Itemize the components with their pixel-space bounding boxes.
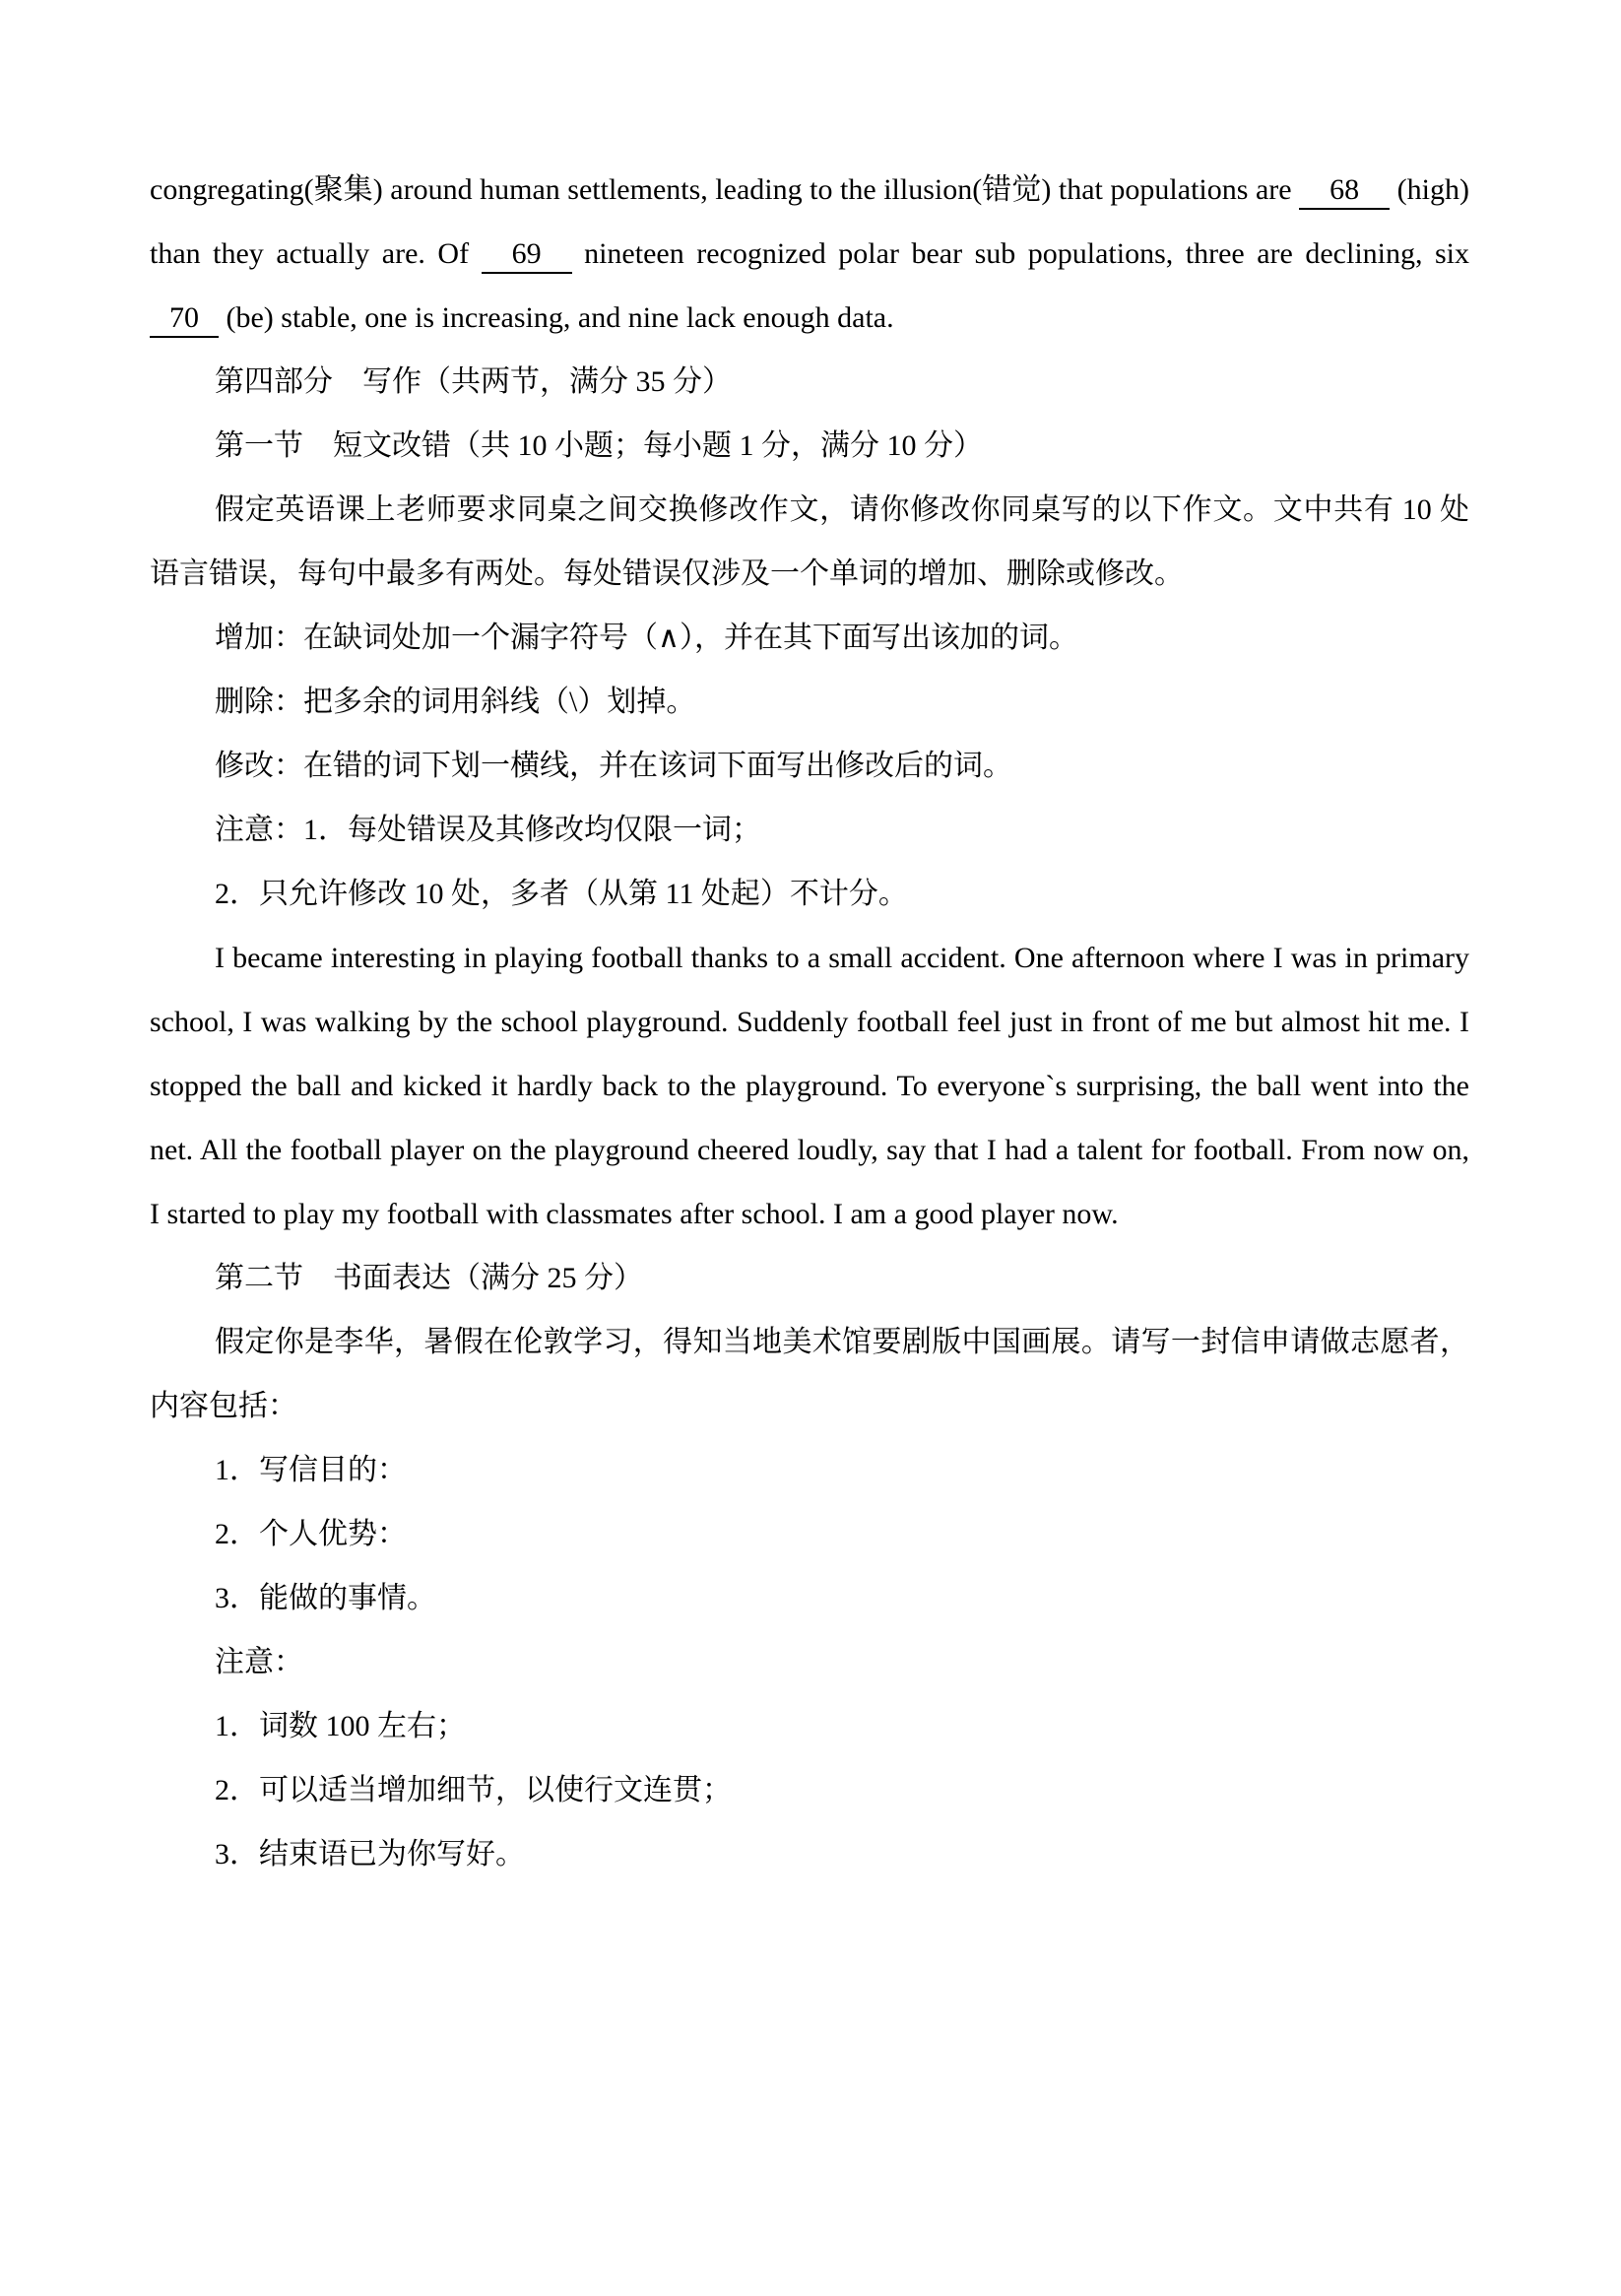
writing-note-3: 3．结束语已为你写好。: [150, 1822, 1469, 1886]
correction-instructions: 假定英语课上老师要求同桌之间交换修改作文，请你修改你同桌写的以下作文。文中共有 …: [150, 478, 1469, 606]
writing-notes-label: 注意：: [150, 1630, 1469, 1694]
part4-heading: 第四部分 写作（共两节，满分 35 分）: [150, 350, 1469, 414]
correction-essay: I became interesting in playing football…: [150, 926, 1469, 1246]
intro-seg3: nineteen recognized polar bear sub popul…: [584, 237, 1469, 270]
blank-70: 70: [150, 300, 219, 338]
writing-note-2: 2．可以适当增加细节，以使行文连贯；: [150, 1758, 1469, 1822]
blank-68: 68: [1299, 172, 1390, 210]
correction-note-1: 注意：1．每处错误及其修改均仅限一词；: [150, 798, 1469, 862]
rule-add-line: 增加：在缺词处加一个漏字符号（∧），并在其下面写出该加的词。: [150, 606, 1469, 670]
intro-seg4: (be) stable, one is increasing, and nine…: [227, 301, 894, 334]
correction-note-2: 2．只允许修改 10 处，多者（从第 11 处起）不计分。: [150, 862, 1469, 926]
writing-note-1: 1．词数 100 左右；: [150, 1694, 1469, 1758]
blank-69: 69: [482, 236, 572, 274]
writing-point-1: 1．写信目的：: [150, 1438, 1469, 1502]
section2-heading: 第二节 书面表达（满分 25 分）: [150, 1246, 1469, 1310]
exam-page: congregating(聚集) around human settlement…: [0, 0, 1621, 2296]
section1-heading: 第一节 短文改错（共 10 小题；每小题 1 分，满分 10 分）: [150, 414, 1469, 478]
rule-delete-line: 删除：把多余的词用斜线（\）划掉。: [150, 670, 1469, 734]
rule-modify-line: 修改：在错的词下划一横线，并在该词下面写出修改后的词。: [150, 734, 1469, 798]
intro-seg1: congregating(聚集) around human settlement…: [150, 173, 1292, 206]
writing-point-2: 2．个人优势：: [150, 1502, 1469, 1566]
intro-paragraph: congregating(聚集) around human settlement…: [150, 158, 1469, 350]
writing-instructions: 假定你是李华，暑假在伦敦学习，得知当地美术馆要剧版中国画展。请写一封信申请做志愿…: [150, 1310, 1469, 1438]
writing-point-3: 3．能做的事情。: [150, 1566, 1469, 1630]
